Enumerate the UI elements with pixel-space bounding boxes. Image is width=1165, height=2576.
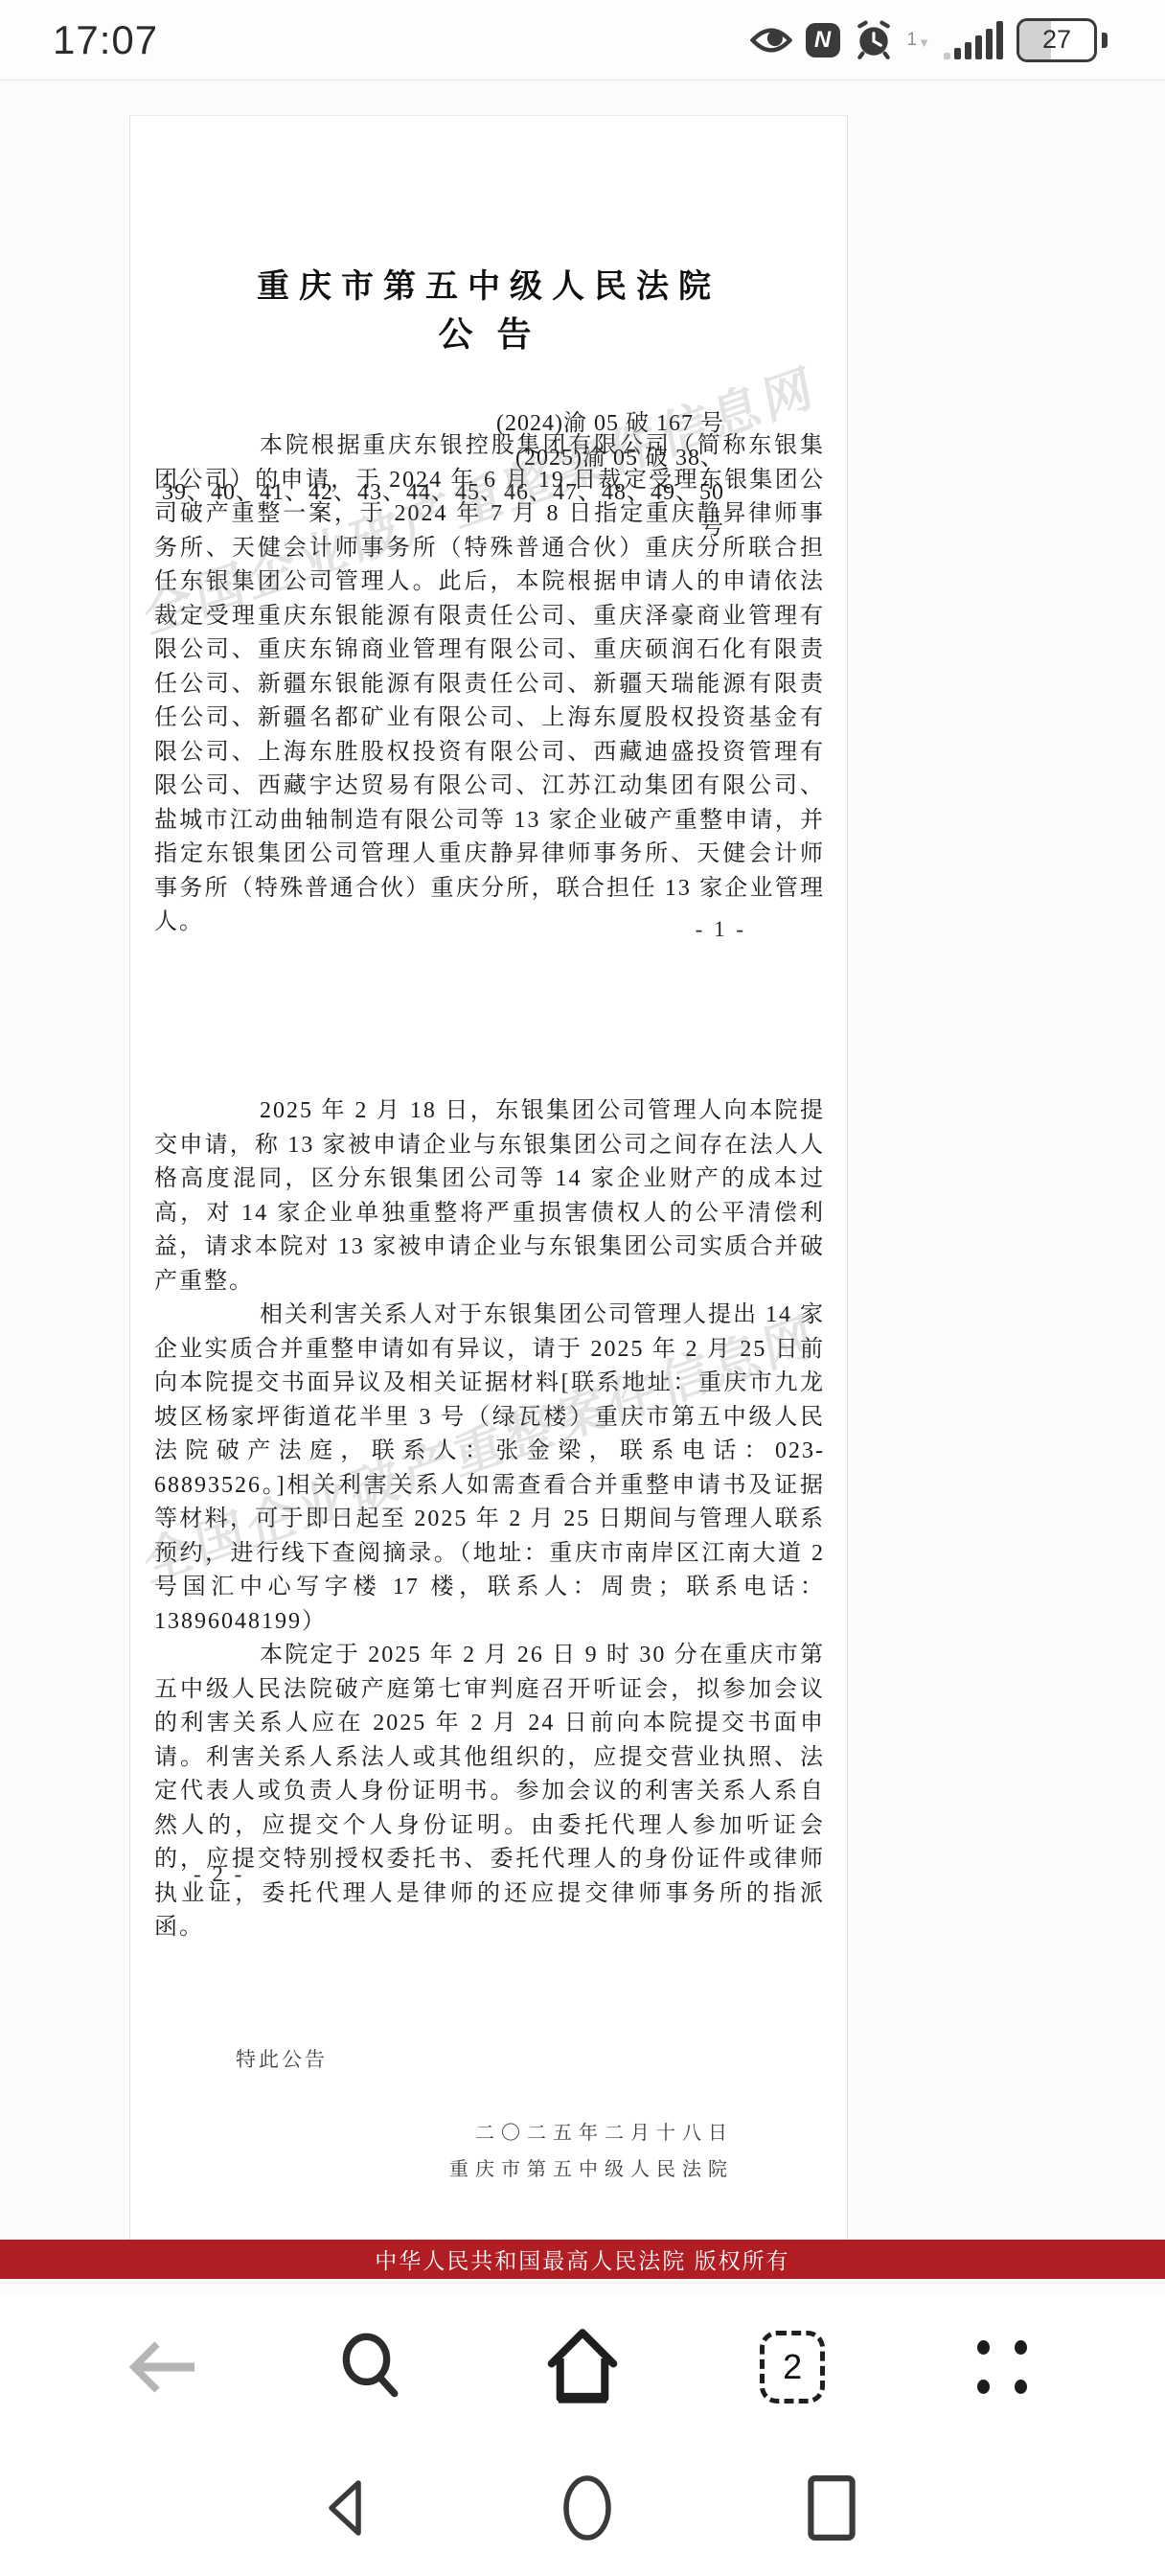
battery-percent: 27 — [1042, 25, 1071, 55]
tabs-button[interactable]: 2 — [735, 2310, 850, 2425]
webview-content[interactable]: 全国企业破产重整案件信息网 全国企业破产重整案件信息网 重庆市第五中级人民法院 … — [0, 80, 1165, 2240]
back-triangle-icon — [314, 2477, 376, 2539]
recents-square-icon — [804, 2473, 859, 2542]
tab-count-icon: 2 — [760, 2331, 825, 2403]
search-icon — [335, 2330, 410, 2404]
search-button[interactable] — [315, 2310, 430, 2425]
tab-count: 2 — [783, 2347, 802, 2387]
signature-court: 重庆市第五中级人民法院 — [154, 2151, 734, 2188]
court-title: 重庆市第五中级人民法院 — [130, 260, 847, 307]
back-button[interactable] — [105, 2310, 220, 2425]
system-navigation-bar — [0, 2439, 1165, 2576]
nav-back-button[interactable] — [287, 2450, 402, 2565]
page-1-marker: - 1 - — [696, 917, 746, 942]
back-arrow-icon — [119, 2335, 207, 2399]
copyright-banner: 中华人民共和国最高人民法院 版权所有 — [0, 2240, 1165, 2279]
paragraph-4: 本院定于 2025 年 2 月 26 日 9 时 30 分在重庆市第五中级人民法… — [154, 1639, 825, 1945]
eye-protection-icon — [750, 26, 792, 55]
doc-type-title: 公 告 — [130, 308, 847, 356]
clock-time: 17:07 — [53, 17, 158, 63]
announcement-page: 全国企业破产重整案件信息网 全国企业破产重整案件信息网 重庆市第五中级人民法院 … — [129, 115, 848, 2240]
paragraphs-page-2: 2025 年 2 月 18 日，东银集团公司管理人向本院提交申请，称 13 家被… — [154, 1094, 825, 1945]
network-speed-indicator: 1▼ — [907, 31, 930, 49]
announcement-date: 二〇二五年二月十八日 — [154, 2115, 734, 2151]
home-button[interactable] — [525, 2310, 640, 2425]
paragraph-2: 2025 年 2 月 18 日，东银集团公司管理人向本院提交申请，称 13 家被… — [154, 1094, 825, 1299]
menu-dots-icon — [977, 2340, 1027, 2394]
signature-block: 二〇二五年二月十八日 重庆市第五中级人民法院 — [154, 2115, 734, 2188]
home-circle-icon — [557, 2472, 618, 2543]
status-icons: N 1▼ 27 — [750, 18, 1108, 62]
paragraph-1: 本院根据重庆东银控股集团有限公司（简称东银集团公司）的申请，于 2024 年 6… — [154, 429, 825, 940]
nav-recents-button[interactable] — [774, 2450, 889, 2565]
battery-icon: 27 — [1017, 18, 1097, 62]
battery-nub — [1102, 33, 1108, 48]
paragraph-3: 相关利害关系人对于东银集团公司管理人提出 14 家企业实质合并重整申请如有异议，… — [154, 1299, 825, 1639]
menu-button[interactable] — [945, 2310, 1060, 2425]
home-icon — [541, 2326, 624, 2408]
browser-toolbar: 2 — [0, 2295, 1165, 2439]
page-2-marker: - 2 - — [194, 1862, 244, 1887]
nfc-icon: N — [806, 23, 840, 57]
nav-home-button[interactable] — [530, 2450, 645, 2565]
signal-icon — [944, 21, 1003, 59]
copyright-text: 中华人民共和国最高人民法院 版权所有 — [375, 2243, 789, 2275]
alarm-icon — [854, 20, 894, 60]
status-bar: 17:07 N 1▼ — [0, 0, 1165, 80]
closing-phrase: 特此公告 — [154, 2044, 825, 2073]
